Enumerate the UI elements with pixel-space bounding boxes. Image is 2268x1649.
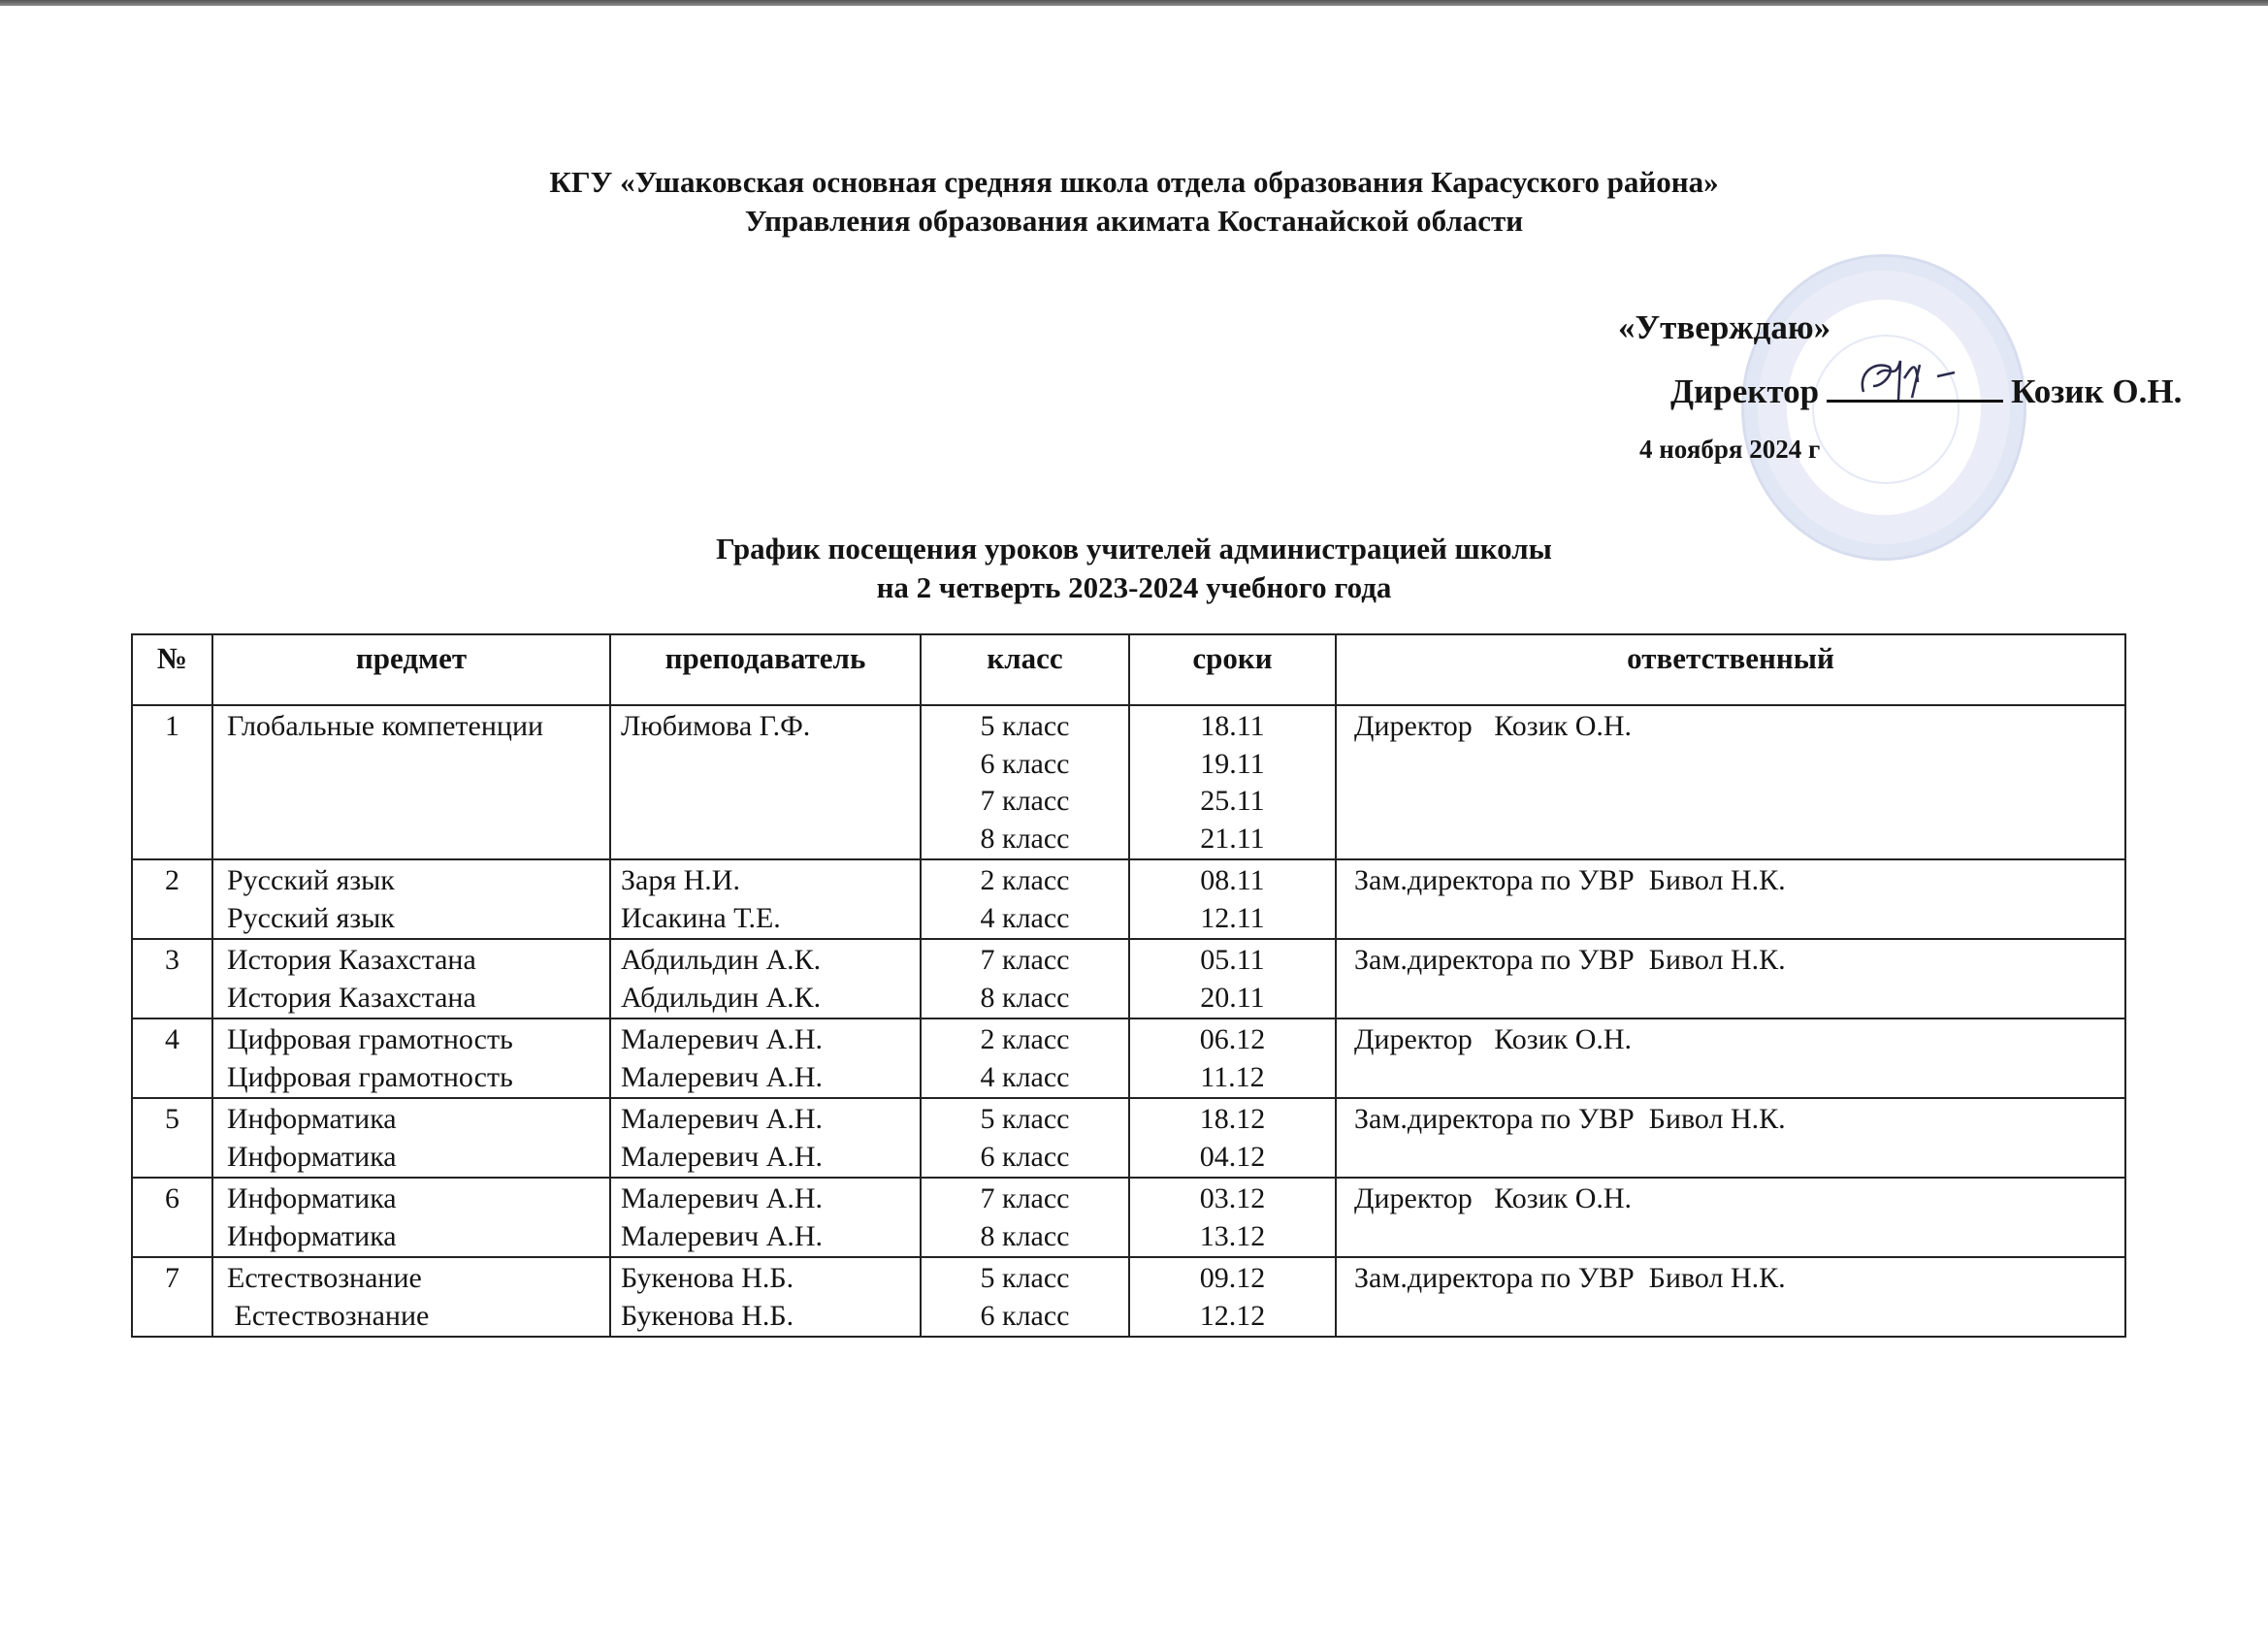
cell-dates-line: 11.12: [1130, 1059, 1335, 1097]
cell-subject: Глобальные компетенции: [212, 705, 610, 859]
cell-subject-line: Информатика: [227, 1218, 609, 1256]
signature-icon: [1856, 353, 1962, 404]
approval-signature-line: ДиректорКозик О.Н.: [1670, 371, 2182, 411]
cell-class-line: 2 класс: [922, 862, 1128, 900]
cell-responsible: Зам.директора по УВР Бивол Н.К.: [1336, 939, 2125, 1018]
cell-dates: 08.1112.11: [1129, 859, 1336, 939]
cell-class: 5 класс6 класс7 класс8 класс: [921, 705, 1129, 859]
document-title-line-1: График посещения уроков учителей админис…: [0, 530, 2268, 568]
cell-subject-line: Информатика: [227, 1101, 609, 1139]
cell-subject-line: Естествознание: [227, 1260, 609, 1298]
cell-class-line: 4 класс: [922, 1059, 1128, 1097]
cell-subject: ИнформатикаИнформатика: [212, 1098, 610, 1178]
cell-number: 2: [132, 859, 212, 939]
approval-position: Директор: [1670, 372, 1819, 410]
cell-teacher: Букенова Н.Б.Букенова Н.Б.: [610, 1257, 921, 1337]
cell-class-line: 6 класс: [922, 1139, 1128, 1177]
cell-class-line: 7 класс: [922, 783, 1128, 821]
cell-class: 2 класс4 класс: [921, 1018, 1129, 1098]
approval-name: Козик О.Н.: [2011, 372, 2182, 410]
cell-subject-line: Цифровая грамотность: [227, 1021, 609, 1059]
cell-teacher: Малеревич А.Н.Малеревич А.Н.: [610, 1098, 921, 1178]
cell-teacher-line: Абдильдин А.К.: [621, 980, 920, 1018]
table-row: 2Русский языкРусский языкЗаря Н.И.Исакин…: [132, 859, 2125, 939]
cell-responsible: Директор Козик О.Н.: [1336, 1178, 2125, 1257]
cell-dates-line: 06.12: [1130, 1021, 1335, 1059]
document-title: График посещения уроков учителей админис…: [0, 530, 2268, 607]
cell-class-line: 6 класс: [922, 1298, 1128, 1336]
cell-teacher: Любимова Г.Ф.: [610, 705, 921, 859]
header-class: класс: [921, 634, 1129, 705]
cell-number: 4: [132, 1018, 212, 1098]
table-row: 3История КазахстанаИстория КазахстанаАбд…: [132, 939, 2125, 1018]
cell-class: 7 класс8 класс: [921, 939, 1129, 1018]
cell-subject-line: Глобальные компетенции: [227, 708, 609, 746]
header-number: №: [132, 634, 212, 705]
cell-dates-line: 09.12: [1130, 1260, 1335, 1298]
scan-edge-artifact: [0, 0, 2268, 6]
cell-responsible: Зам.директора по УВР Бивол Н.К.: [1336, 859, 2125, 939]
signature-field: [1827, 371, 2003, 403]
cell-subject: История КазахстанаИстория Казахстана: [212, 939, 610, 1018]
cell-subject-line: Русский язык: [227, 862, 609, 900]
cell-number: 1: [132, 705, 212, 859]
cell-responsible: Директор Козик О.Н.: [1336, 705, 2125, 859]
cell-teacher: Малеревич А.Н.Малеревич А.Н.: [610, 1018, 921, 1098]
table-row: 1Глобальные компетенцииЛюбимова Г.Ф.5 кл…: [132, 705, 2125, 859]
cell-dates-line: 08.11: [1130, 862, 1335, 900]
cell-subject-line: История Казахстана: [227, 942, 609, 980]
cell-responsible: Зам.директора по УВР Бивол Н.К.: [1336, 1098, 2125, 1178]
cell-subject-line: Русский язык: [227, 900, 609, 938]
approval-title: «Утверждаю»: [1618, 308, 1831, 347]
cell-teacher-line: Букенова Н.Б.: [621, 1260, 920, 1298]
cell-teacher: Абдильдин А.К.Абдильдин А.К.: [610, 939, 921, 1018]
cell-class: 5 класс6 класс: [921, 1098, 1129, 1178]
cell-dates: 18.1204.12: [1129, 1098, 1336, 1178]
cell-teacher: Заря Н.И.Исакина Т.Е.: [610, 859, 921, 939]
cell-responsible: Зам.директора по УВР Бивол Н.К.: [1336, 1257, 2125, 1337]
cell-dates-line: 13.12: [1130, 1218, 1335, 1256]
cell-dates-line: 04.12: [1130, 1139, 1335, 1177]
organization-line-1: КГУ «Ушаковская основная средняя школа о…: [0, 163, 2268, 202]
organization-header: КГУ «Ушаковская основная средняя школа о…: [0, 163, 2268, 241]
cell-teacher-line: Любимова Г.Ф.: [621, 708, 920, 746]
cell-dates-line: 12.11: [1130, 900, 1335, 938]
cell-dates: 05.1120.11: [1129, 939, 1336, 1018]
cell-subject: Цифровая грамотностьЦифровая грамотность: [212, 1018, 610, 1098]
table-row: 7Естествознание ЕстествознаниеБукенова Н…: [132, 1257, 2125, 1337]
cell-class-line: 5 класс: [922, 1260, 1128, 1298]
cell-teacher-line: Малеревич А.Н.: [621, 1101, 920, 1139]
header-dates: сроки: [1129, 634, 1336, 705]
approval-date: 4 ноября 2024 г: [1639, 435, 1820, 465]
cell-class-line: 2 класс: [922, 1021, 1128, 1059]
cell-teacher-line: Малеревич А.Н.: [621, 1218, 920, 1256]
cell-teacher-line: Малеревич А.Н.: [621, 1180, 920, 1218]
document-title-line-2: на 2 четверть 2023-2024 учебного года: [0, 568, 2268, 607]
cell-dates: 03.1213.12: [1129, 1178, 1336, 1257]
cell-teacher-line: Малеревич А.Н.: [621, 1139, 920, 1177]
cell-class-line: 5 класс: [922, 1101, 1128, 1139]
cell-class-line: 8 класс: [922, 980, 1128, 1018]
cell-subject-line: Информатика: [227, 1180, 609, 1218]
cell-class-line: 7 класс: [922, 1180, 1128, 1218]
table-row: 6ИнформатикаИнформатикаМалеревич А.Н.Мал…: [132, 1178, 2125, 1257]
cell-teacher-line: Малеревич А.Н.: [621, 1059, 920, 1097]
cell-dates-line: 25.11: [1130, 783, 1335, 821]
cell-dates-line: 05.11: [1130, 942, 1335, 980]
cell-class: 5 класс6 класс: [921, 1257, 1129, 1337]
cell-dates: 18.1119.1125.1121.11: [1129, 705, 1336, 859]
cell-class-line: 8 класс: [922, 821, 1128, 858]
table-row: 5ИнформатикаИнформатикаМалеревич А.Н.Мал…: [132, 1098, 2125, 1178]
cell-subject-line: Информатика: [227, 1139, 609, 1177]
cell-class: 7 класс8 класс: [921, 1178, 1129, 1257]
cell-number: 6: [132, 1178, 212, 1257]
cell-subject: Естествознание Естествознание: [212, 1257, 610, 1337]
cell-number: 3: [132, 939, 212, 1018]
cell-teacher-line: Исакина Т.Е.: [621, 900, 920, 938]
cell-subject-line: Естествознание: [227, 1298, 609, 1336]
table-header-row: № предмет преподаватель класс сроки отве…: [132, 634, 2125, 705]
cell-class-line: 4 класс: [922, 900, 1128, 938]
header-teacher: преподаватель: [610, 634, 921, 705]
cell-subject: ИнформатикаИнформатика: [212, 1178, 610, 1257]
schedule-table: № предмет преподаватель класс сроки отве…: [131, 633, 2126, 1338]
cell-teacher-line: Заря Н.И.: [621, 862, 920, 900]
cell-class-line: 6 класс: [922, 746, 1128, 784]
cell-subject: Русский языкРусский язык: [212, 859, 610, 939]
cell-dates: 09.1212.12: [1129, 1257, 1336, 1337]
cell-number: 7: [132, 1257, 212, 1337]
cell-class-line: 5 класс: [922, 708, 1128, 746]
cell-dates-line: 20.11: [1130, 980, 1335, 1018]
cell-teacher-line: Малеревич А.Н.: [621, 1021, 920, 1059]
cell-number: 5: [132, 1098, 212, 1178]
cell-teacher-line: Букенова Н.Б.: [621, 1298, 920, 1336]
cell-class-line: 7 класс: [922, 942, 1128, 980]
cell-dates-line: 18.12: [1130, 1101, 1335, 1139]
cell-dates-line: 03.12: [1130, 1180, 1335, 1218]
cell-teacher: Малеревич А.Н.Малеревич А.Н.: [610, 1178, 921, 1257]
cell-teacher-line: Абдильдин А.К.: [621, 942, 920, 980]
cell-responsible: Директор Козик О.Н.: [1336, 1018, 2125, 1098]
header-responsible: ответственный: [1336, 634, 2125, 705]
cell-dates: 06.1211.12: [1129, 1018, 1336, 1098]
cell-subject-line: История Казахстана: [227, 980, 609, 1018]
cell-dates-line: 12.12: [1130, 1298, 1335, 1336]
table-row: 4Цифровая грамотностьЦифровая грамотност…: [132, 1018, 2125, 1098]
cell-dates-line: 19.11: [1130, 746, 1335, 784]
cell-subject-line: Цифровая грамотность: [227, 1059, 609, 1097]
cell-class-line: 8 класс: [922, 1218, 1128, 1256]
cell-dates-line: 21.11: [1130, 821, 1335, 858]
header-subject: предмет: [212, 634, 610, 705]
cell-dates-line: 18.11: [1130, 708, 1335, 746]
organization-line-2: Управления образования акимата Костанайс…: [0, 202, 2268, 241]
cell-class: 2 класс4 класс: [921, 859, 1129, 939]
